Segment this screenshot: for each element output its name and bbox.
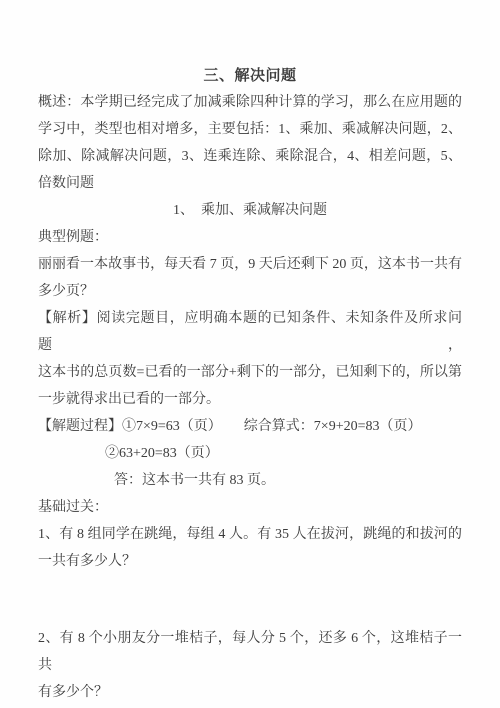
overview-line-2: 学习中，类型也相对增多，主要包括：1、乘加、乘减解决问题，2、 — [38, 116, 462, 143]
question-2-line-1: 2、有 8 个小朋友分一堆桔子，每人分 5 个，还多 6 个，这堆桔子一共 — [38, 625, 462, 679]
example-label: 典型例题： — [38, 224, 462, 251]
question-2-line-2: 有多少个？ — [38, 679, 462, 706]
answer-space — [38, 575, 462, 625]
answer-line: 答：这本书一共有 83 页。 — [38, 467, 462, 494]
overview-line-3: 除加、除减解决问题，3、连乘连除、乘除混合，4、相差问题，5、 — [38, 143, 462, 170]
page-title: 三、解决问题 — [38, 62, 462, 89]
solution-step-2: ②63+20=83（页） — [38, 440, 462, 467]
solution-line-1: 【解题过程】①7×9=63（页）综合算式：7×9+20=83（页） — [38, 413, 462, 440]
overview-line-1: 概述：本学期已经完成了加减乘除四种计算的学习，那么在应用题的 — [38, 89, 462, 116]
practice-label: 基础过关： — [38, 494, 462, 521]
analysis-line-2: 这本书的总页数=已看的一部分+剩下的一部分，已知剩下的，所以第 — [38, 359, 462, 386]
section-heading: 1、 乘加、乘减解决问题 — [38, 197, 462, 224]
analysis-line-3: 一步就得求出已看的一部分。 — [38, 386, 462, 413]
problem-line-2: 多少页？ — [38, 278, 462, 305]
analysis-line-1: 【解析】阅读完题目，应明确本题的已知条件、未知条件及所求问题， — [38, 305, 462, 359]
question-1-line-2: 一共有多少人？ — [38, 548, 462, 575]
overview-line-4: 倍数问题 — [38, 170, 462, 197]
solution-step-1: 【解题过程】①7×9=63（页） — [38, 419, 222, 434]
problem-line-1: 丽丽看一本故事书，每天看 7 页，9 天后还剩下 20 页，这本书一共有 — [38, 251, 462, 278]
solution-combined-expression: 综合算式：7×9+20=83（页） — [244, 419, 422, 434]
worksheet-page: 三、解决问题 概述：本学期已经完成了加减乘除四种计算的学习，那么在应用题的 学习… — [0, 0, 500, 708]
question-1-line-1: 1、有 8 组同学在跳绳，每组 4 人。有 35 人在拔河，跳绳的和拔河的 — [38, 521, 462, 548]
